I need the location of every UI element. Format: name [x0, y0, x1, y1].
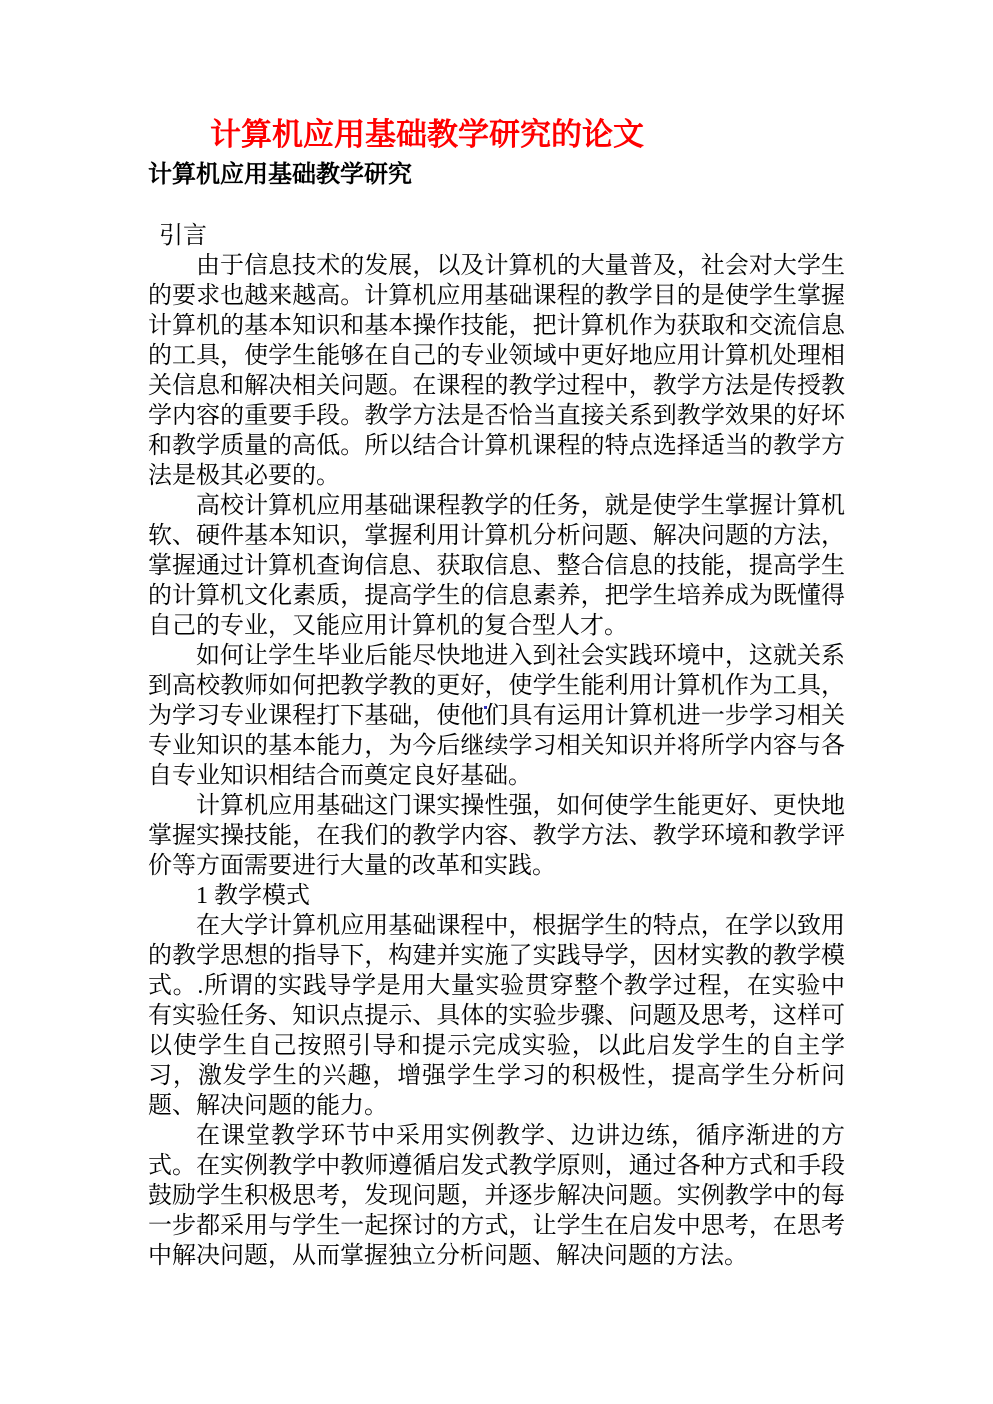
section-heading-intro: 引言: [148, 221, 845, 251]
paragraph-teaching-mode-2: 在课堂教学环节中采用实例教学、边讲边练，循序渐进的方式。在实例教学中教师遵循启发…: [148, 1121, 845, 1271]
paragraph-teaching-mode-1: 在大学计算机应用基础课程中，根据学生的特点，在学以致用的教学思想的指导下，构建并…: [148, 911, 845, 1121]
document-title: 计算机应用基础教学研究的论文: [148, 111, 845, 159]
paragraph-intro-1: 由于信息技术的发展，以及计算机的大量普及，社会对大学生的要求也越来越高。计算机应…: [148, 251, 845, 491]
blank-line: [148, 191, 845, 221]
paragraph-intro-4: 计算机应用基础这门课实操性强，如何使学生能更好、更快地掌握实操技能，在我们的教学…: [148, 791, 845, 881]
paragraph-intro-3: 如何让学生毕业后能尽快地进入到社会实践环境中，这就关系到高校教师如何把教学教的更…: [148, 641, 845, 791]
document-page: 计算机应用基础教学研究的论文 计算机应用基础教学研究 引言 由于信息技术的发展，…: [0, 0, 993, 1404]
section-heading-teaching-mode: 1 教学模式: [148, 881, 845, 911]
spellcheck-dot: [484, 706, 487, 709]
paragraph-intro-2: 高校计算机应用基础课程教学的任务，就是使学生掌握计算机软、硬件基本知识，掌握利用…: [148, 491, 845, 641]
document-subtitle: 计算机应用基础教学研究: [148, 159, 845, 191]
